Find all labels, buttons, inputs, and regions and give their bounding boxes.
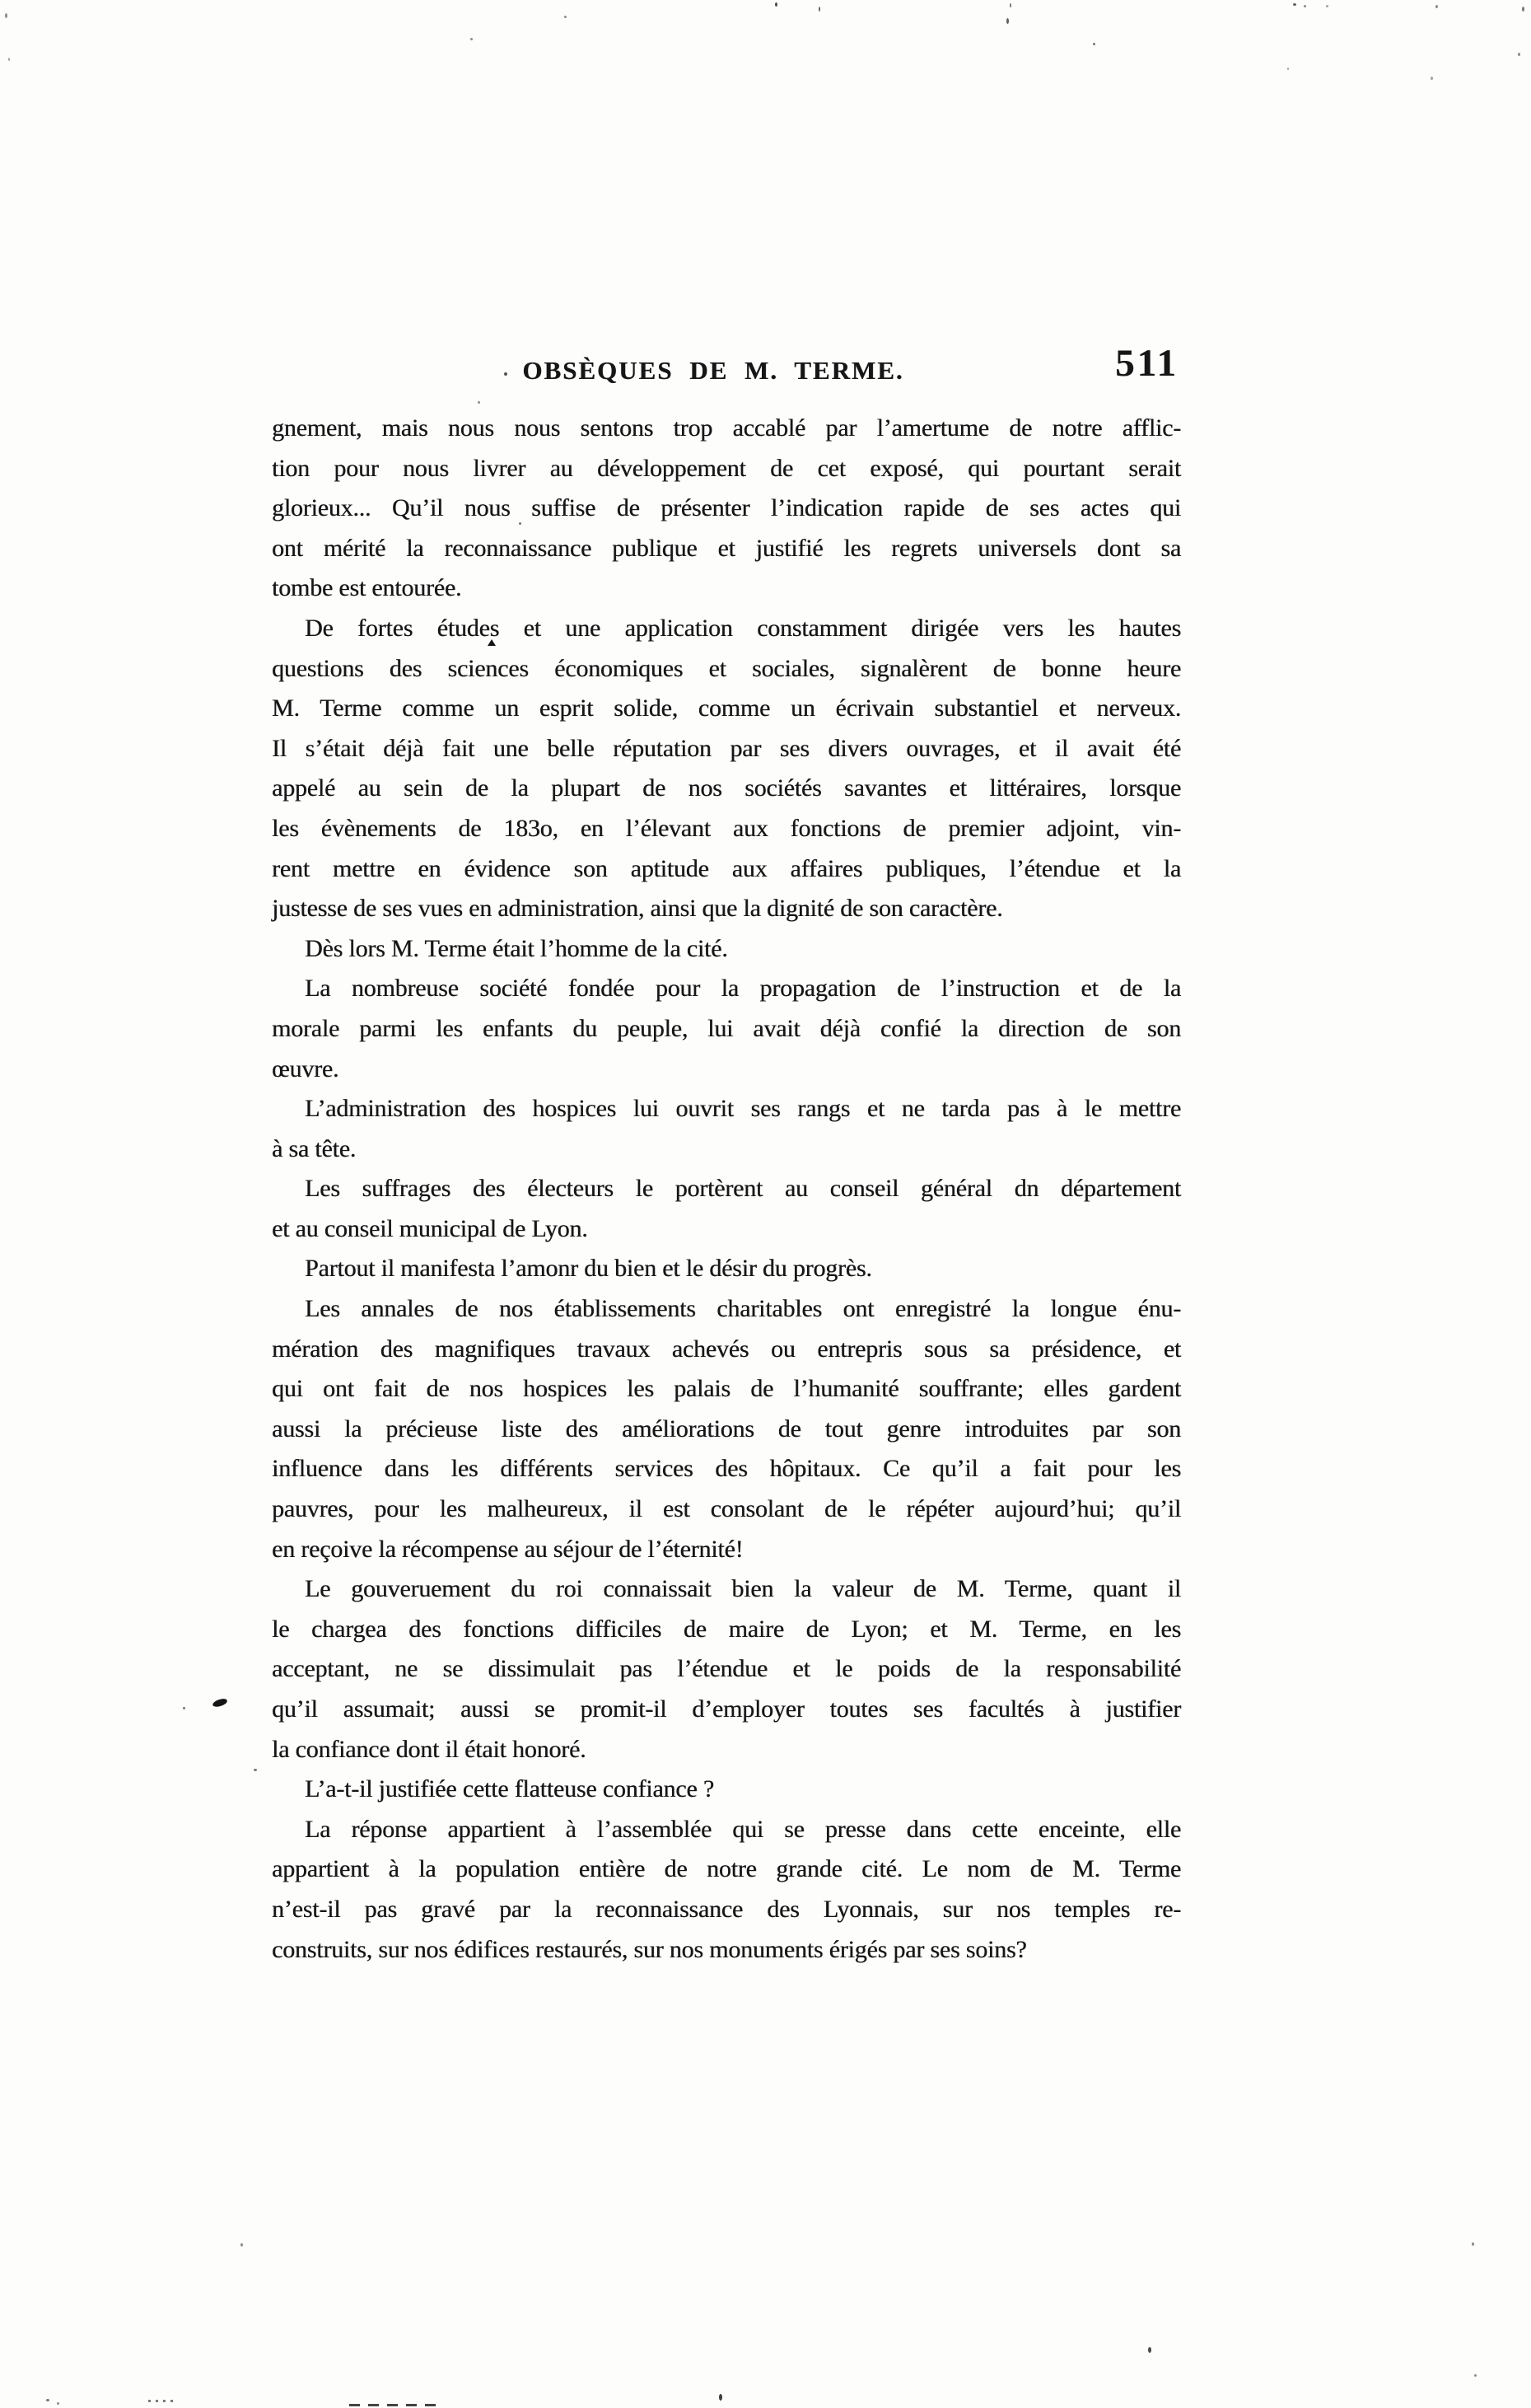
- text-line: appelé au sein de la plupart de nos soci…: [272, 769, 1181, 809]
- text-line: tombe est entourée.: [272, 568, 1181, 609]
- ink-speck: [1522, 7, 1524, 12]
- ink-speck: [478, 401, 480, 404]
- text-line: acceptant, ne se dissimulait pas l’étend…: [272, 1649, 1181, 1690]
- ink-speck: [470, 38, 473, 40]
- ink-speck: [46, 2399, 49, 2401]
- ink-speck: [254, 1769, 257, 1771]
- text-line: qu’il assumait; aussi se promit-il d’emp…: [272, 1690, 1181, 1730]
- ink-speck: [183, 1707, 185, 1709]
- text-line: L’a-t-il justifiée cette flatteuse confi…: [272, 1770, 1181, 1810]
- text-line: La réponse appartient à l’assemblée qui …: [272, 1810, 1181, 1850]
- ink-speck: [1287, 68, 1289, 70]
- text-line: aussi la précieuse liste des amélioratio…: [272, 1410, 1181, 1450]
- ink-speck: [5, 13, 7, 18]
- text-line: questions des sciences économiques et so…: [272, 649, 1181, 690]
- running-title: OBSÈQUES DE M. TERME.: [259, 356, 1168, 386]
- ink-speck: [819, 7, 820, 12]
- text-line: La nombreuse société fondée pour la prop…: [272, 969, 1181, 1009]
- text-line: les évènements de 183o, en l’élevant aux…: [272, 809, 1181, 849]
- text-line: appartient à la population entière de no…: [272, 1849, 1181, 1890]
- ink-speck: [1093, 43, 1095, 45]
- ink-speck-row: [148, 2400, 173, 2402]
- text-line: rent mettre en évidence son aptitude aux…: [272, 849, 1181, 890]
- text-line: gnement, mais nous nous sentons trop acc…: [272, 409, 1181, 449]
- text-line: à sa tête.: [272, 1129, 1181, 1170]
- text-line: morale parmi les enfants du peuple, lui …: [272, 1009, 1181, 1050]
- text-line: influence dans les différents services d…: [272, 1449, 1181, 1489]
- text-line: n’est-il pas gravé par la reconnaissance…: [272, 1890, 1181, 1930]
- ink-speck: [1326, 5, 1328, 7]
- text-line: ont mérité la reconnaissance publique et…: [272, 529, 1181, 569]
- text-line: en reçoive la récompense au séjour de l’…: [272, 1530, 1181, 1570]
- ink-speck: [1293, 3, 1296, 6]
- text-line: glorieux... Qu’il nous suffise de présen…: [272, 489, 1181, 529]
- page-body: gnement, mais nous nous sentons trop acc…: [272, 409, 1181, 1970]
- text-line: œuvre.: [272, 1050, 1181, 1090]
- ink-speck: [1472, 2242, 1474, 2246]
- ink-speck: [8, 58, 10, 61]
- ink-speck: [1010, 3, 1011, 7]
- ink-speck: [1148, 2347, 1151, 2353]
- text-line: Dès lors M. Terme était l’homme de la ci…: [272, 929, 1181, 970]
- ink-speck: [504, 372, 507, 376]
- text-line: Partout il manifesta l’amonr du bien et …: [272, 1249, 1181, 1289]
- ink-speck: [1431, 77, 1433, 80]
- text-line: De fortes études et une application cons…: [272, 609, 1181, 649]
- ink-speck: [1474, 2374, 1477, 2377]
- text-line: Les annales de nos établissements charit…: [272, 1289, 1181, 1330]
- caret-mark: [488, 639, 496, 646]
- text-line: justesse de ses vues en administration, …: [272, 889, 1181, 929]
- ink-speck: [1435, 5, 1438, 8]
- ink-speck: [57, 2402, 59, 2405]
- text-line: le chargea des fonctions difficiles de m…: [272, 1610, 1181, 1650]
- ink-speck: [1006, 18, 1009, 24]
- text-line: et au conseil municipal de Lyon.: [272, 1209, 1181, 1250]
- text-line: construits, sur nos édifices restaurés, …: [272, 1930, 1181, 1971]
- text-line: qui ont fait de nos hospices les palais …: [272, 1369, 1181, 1410]
- ink-speck: [775, 2, 777, 7]
- ink-speck: [240, 2243, 243, 2247]
- text-line: la confiance dont il était honoré.: [272, 1730, 1181, 1770]
- ink-speck: [1304, 5, 1306, 7]
- ink-speck: [1518, 53, 1520, 56]
- ink-speck: [564, 16, 567, 18]
- text-line: pauvres, pour les malheureux, il est con…: [272, 1489, 1181, 1530]
- text-line: tion pour nous livrer au développement d…: [272, 449, 1181, 489]
- ink-speck: [519, 522, 521, 525]
- page-number: 511: [1115, 344, 1179, 383]
- text-line: Le gouveruement du roi connaissait bien …: [272, 1569, 1181, 1610]
- text-line: L’administration des hospices lui ouvrit…: [272, 1089, 1181, 1129]
- ink-speck: [719, 2394, 722, 2401]
- text-line: Il s’était déjà fait une belle réputatio…: [272, 729, 1181, 769]
- margin-mark: [212, 1698, 227, 1708]
- document-page: OBSÈQUES DE M. TERME. 511 gnement, mais …: [0, 0, 1531, 2408]
- text-line: M. Terme comme un esprit solide, comme u…: [272, 689, 1181, 729]
- text-line: mération des magnifiques travaux achevés…: [272, 1330, 1181, 1370]
- ink-dash-row: [349, 2404, 440, 2406]
- text-line: Les suffrages des électeurs le portèrent…: [272, 1169, 1181, 1209]
